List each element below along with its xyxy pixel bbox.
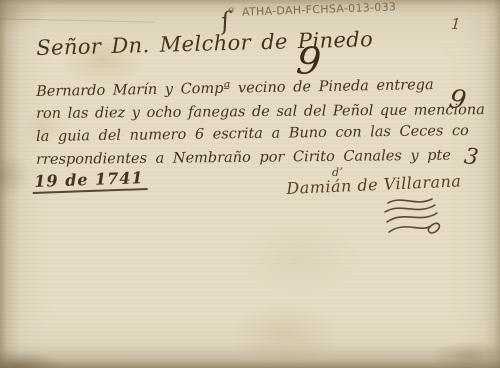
signature-rubric-icon [382,194,444,242]
salutation-tail-flourish-icon: 9 [294,38,323,84]
page-number: 1 [450,15,461,34]
document-scan: ſ o ATHA-DAH-FCHSA-013-033 1 Señor Dn. M… [0,0,500,368]
date-line: 19 de 1741 [32,168,148,194]
marginal-mark: o [228,5,234,16]
